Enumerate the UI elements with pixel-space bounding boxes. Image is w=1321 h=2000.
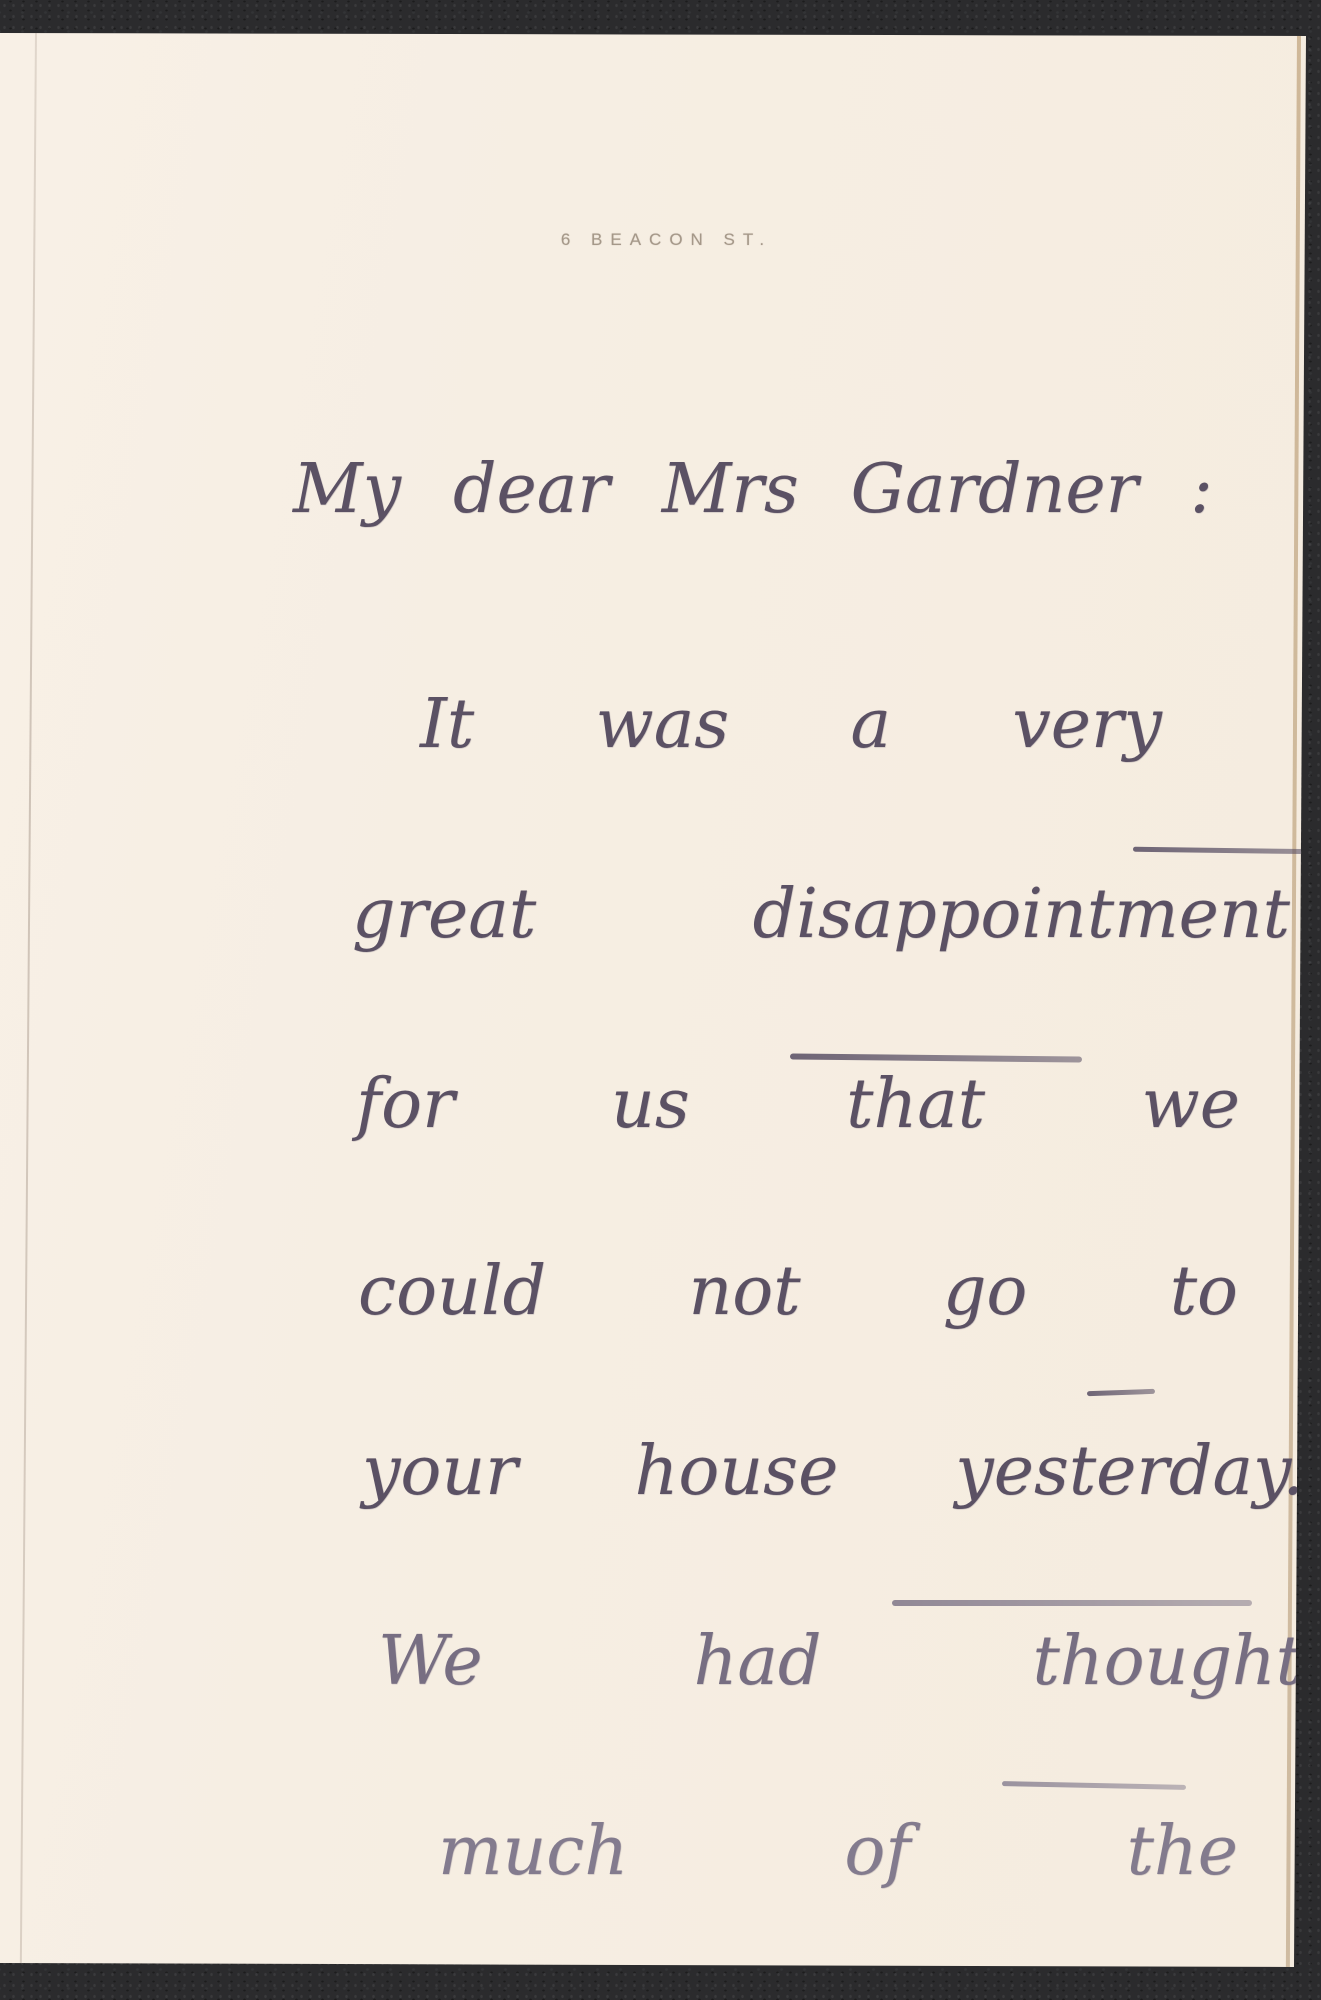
letter-page: 6 BEACON ST. MydearMrsGardner: Itwasaver… bbox=[0, 33, 1307, 1967]
handwriting-line-2: Itwasavery bbox=[420, 691, 1162, 759]
handwriting-line-3: greatdisappointment bbox=[352, 881, 1290, 949]
ink-stroke-tbar bbox=[1087, 1389, 1155, 1396]
ink-stroke-tbar bbox=[892, 1600, 1252, 1606]
handwriting-line-4: forusthatwe bbox=[356, 1071, 1240, 1139]
handwriting-line-7: Wehadthought bbox=[378, 1628, 1303, 1696]
handwriting-line-5: couldnotgoto bbox=[358, 1258, 1238, 1326]
ink-stroke-tbar bbox=[1002, 1781, 1186, 1790]
ink-stroke-tbar bbox=[790, 1053, 1082, 1062]
letterhead-address: 6 BEACON ST. bbox=[13, 230, 1320, 250]
handwriting-line-6: yourhouseyesterday. bbox=[362, 1438, 1304, 1506]
fold-crease bbox=[20, 33, 37, 1967]
handwriting-line-salutation: MydearMrsGardner: bbox=[293, 456, 1213, 524]
handwriting-line-8: muchofthe bbox=[438, 1818, 1238, 1886]
